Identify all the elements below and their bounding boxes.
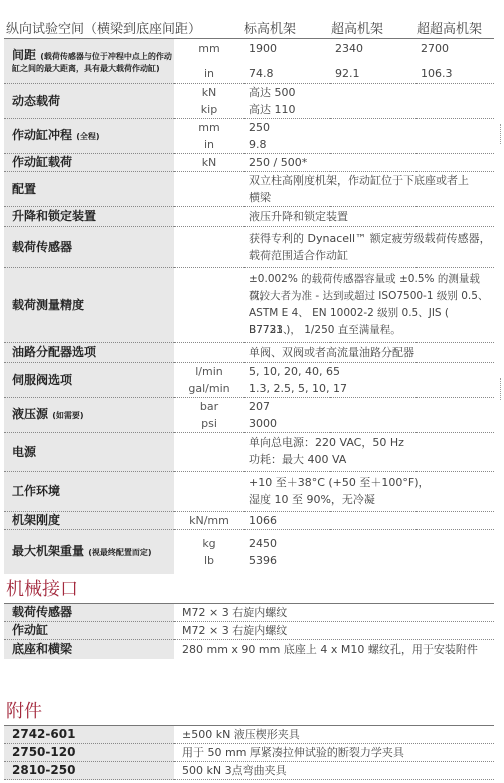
value-line: 获得专利的 Dynacell™ 额定疲劳级载荷传感器， <box>249 230 494 247</box>
row-label: 升降和锁定装置 <box>4 207 174 227</box>
accessory-description: 500 kN 3点弯曲夹具 <box>174 762 494 780</box>
row-label: 伺服阀选项 <box>4 363 174 398</box>
accessory-row: 2810-250 500 kN 3点弯曲夹具 <box>4 762 494 780</box>
spec-table-header: 纵向试验空间（横梁到底座间距） 标高机架 超高机架 超超高机架 <box>4 14 494 39</box>
value: 5, 10, 20, 40, 65 <box>249 363 494 380</box>
spec-row-actuator-load: 作动缸载荷 kN 250 / 500* <box>4 154 494 172</box>
value: 高达 500 <box>249 84 494 101</box>
spec-row-spacing: 间距 (载荷传感器与位于冲程中点上的作动缸之间的最大距离，具有最大载荷作动缸) … <box>4 39 494 84</box>
value-line: 载荷范围适合作动缸 <box>249 247 494 264</box>
value-line: 以较大者为准 - 达到或超过 ISO7500-1 级别 0.5、 <box>249 288 494 305</box>
row-label: 载荷传感器 <box>4 604 174 622</box>
unit: kg <box>174 535 244 552</box>
value: 5396 <box>249 552 494 569</box>
spec-row-frame-weight: 最大机架重量 (视最终配置而定) kg lb 2450 5396 <box>4 530 494 575</box>
section-title-mechanical: 机械接口 <box>6 575 78 601</box>
unit: kN <box>174 84 244 101</box>
value: 高达 110 <box>249 101 494 118</box>
accessory-row: 2750-120 用于 50 mm 厚紧凑拉伸试验的断裂力学夹具 <box>4 744 494 762</box>
value-line: 单向总电源：220 VAC，50 Hz <box>249 434 494 451</box>
value-line: +10 至＋38°C (+50 至＋100°F)， <box>249 474 494 491</box>
spec-row-configuration: 配置 双立柱高刚度机架，作动缸位于下底座或者上 横梁 <box>4 172 494 207</box>
part-number: 2750-120 <box>4 744 174 762</box>
row-label: 工作环境 <box>4 472 174 512</box>
scroll-marker <box>500 124 504 144</box>
row-label: 配置 <box>4 172 174 207</box>
value: 1900 <box>249 40 330 57</box>
value-line: 湿度 10 至 90%，无冷凝 <box>249 491 494 508</box>
unit: lb <box>174 552 244 569</box>
spec-row-servo-valve: 伺服阀选项 l/min gal/min 5, 10, 20, 40, 65 1.… <box>4 363 494 398</box>
value: M72 × 3 右旋内螺纹 <box>174 604 494 622</box>
unit: kip <box>174 101 244 118</box>
unit: in <box>174 136 244 153</box>
part-number: 2810-250 <box>4 762 174 780</box>
unit: kN/mm <box>174 512 244 530</box>
header-title: 纵向试验空间（横梁到底座间距） <box>6 18 201 37</box>
unit: l/min <box>174 363 244 380</box>
value: 106.3 <box>421 65 494 82</box>
unit: bar <box>174 398 244 415</box>
mechanical-row: 作动缸 M72 × 3 右旋内螺纹 <box>4 622 494 640</box>
row-label: 最大机架重量 <box>12 544 84 558</box>
row-label: 电源 <box>4 433 174 472</box>
section-title-accessories: 附件 <box>6 697 42 723</box>
row-note: (如需要) <box>52 411 83 420</box>
value: 2340 <box>335 40 416 57</box>
row-label: 作动缸 <box>4 622 174 640</box>
spec-table: 间距 (载荷传感器与位于冲程中点上的作动缸之间的最大距离，具有最大载荷作动缸) … <box>4 39 494 574</box>
scroll-marker <box>500 378 504 400</box>
value-line: 液压升降和锁定装置 <box>249 207 494 226</box>
row-label: 间距 <box>12 48 36 62</box>
value-line: 功耗：最大 400 VA <box>249 451 494 468</box>
spec-row-load-accuracy: 载荷测量精度 ±0.002% 的载荷传感器容量或 ±0.5% 的测量载荷， 以较… <box>4 268 494 343</box>
value-line: 横梁 <box>249 189 494 206</box>
value: 250 <box>249 119 494 136</box>
value: 2450 <box>249 535 494 552</box>
value-line: 双立柱高刚度机架，作动缸位于下底座或者上 <box>249 172 494 189</box>
value-line: ASTM E 4、 EN 10002-2 级别 0.5、JIS ( B7721、 <box>249 305 494 322</box>
row-label: 载荷传感器 <box>4 227 174 268</box>
value: M72 × 3 右旋内螺纹 <box>174 622 494 640</box>
row-label: 作动缸载荷 <box>4 154 174 172</box>
value: 1066 <box>244 512 494 530</box>
unit: mm <box>174 119 244 136</box>
row-note: (视最终配置而定) <box>88 548 151 557</box>
spec-row-hydraulic-supply: 液压源 (如需要) bar psi 207 3000 <box>4 398 494 433</box>
value-line: B7733 )， 1/250 直至满量程。 <box>249 322 494 339</box>
row-label: 底座和横梁 <box>4 640 174 660</box>
accessories-table: 2742-601 ±500 kN 液压楔形夹具 2750-120 用于 50 m… <box>4 726 494 780</box>
value: 250 / 500* <box>244 154 494 172</box>
spec-row-actuator-stroke: 作动缸冲程 (全程) mm in 250 9.8 <box>4 119 494 154</box>
header-col-standard: 标高机架 <box>244 18 296 37</box>
value-line: ±0.002% 的载荷传感器容量或 ±0.5% 的测量载荷， <box>249 271 494 288</box>
row-label: 液压源 <box>12 407 48 421</box>
spec-row-power: 电源 单向总电源：220 VAC，50 Hz 功耗：最大 400 VA <box>4 433 494 472</box>
spec-row-lift-lock: 升降和锁定装置 液压升降和锁定装置 <box>4 207 494 227</box>
mechanical-row: 底座和横梁 280 mm x 90 mm 底座上 4 x M10 螺纹孔，用于安… <box>4 640 494 660</box>
spec-row-environment: 工作环境 +10 至＋38°C (+50 至＋100°F)， 湿度 10 至 9… <box>4 472 494 512</box>
value: 207 <box>249 398 494 415</box>
row-note: (全程) <box>76 132 99 141</box>
header-col-extra-high: 超高机架 <box>331 18 383 37</box>
row-label: 载荷测量精度 <box>4 268 174 343</box>
unit: gal/min <box>174 380 244 397</box>
value: 1.3, 2.5, 5, 10, 17 <box>249 380 494 397</box>
unit: mm <box>174 40 244 57</box>
spec-row-dynamic-load: 动态载荷 kN kip 高达 500 高达 110 <box>4 84 494 119</box>
accessory-row: 2742-601 ±500 kN 液压楔形夹具 <box>4 726 494 744</box>
unit: psi <box>174 415 244 432</box>
row-note: (载荷传感器与位于冲程中点上的作动缸之间的最大距离，具有最大载荷作动缸) <box>12 52 172 73</box>
value: 9.8 <box>249 136 494 153</box>
value: 280 mm x 90 mm 底座上 4 x M10 螺纹孔，用于安装附件 <box>174 640 494 660</box>
value: 92.1 <box>335 65 416 82</box>
spec-row-load-cell: 载荷传感器 获得专利的 Dynacell™ 额定疲劳级载荷传感器， 载荷范围适合… <box>4 227 494 268</box>
row-label: 动态载荷 <box>4 84 174 119</box>
accessory-description: 用于 50 mm 厚紧凑拉伸试验的断裂力学夹具 <box>174 744 494 762</box>
row-label: 机架刚度 <box>4 512 174 530</box>
row-label: 作动缸冲程 <box>12 128 72 142</box>
mechanical-row: 载荷传感器 M72 × 3 右旋内螺纹 <box>4 604 494 622</box>
value: 74.8 <box>249 65 330 82</box>
part-number: 2742-601 <box>4 726 174 744</box>
row-label: 油路分配器选项 <box>4 343 174 363</box>
mechanical-table: 载荷传感器 M72 × 3 右旋内螺纹 作动缸 M72 × 3 右旋内螺纹 底座… <box>4 604 494 659</box>
spec-row-frame-stiffness: 机架刚度 kN/mm 1066 <box>4 512 494 530</box>
header-col-extra-extra-high: 超超高机架 <box>417 18 482 37</box>
spec-row-manifold: 油路分配器选项 单阀、双阀或者高流量油路分配器 <box>4 343 494 363</box>
unit: in <box>174 65 244 82</box>
value: 3000 <box>249 415 494 432</box>
value-line: 单阀、双阀或者高流量油路分配器 <box>249 343 494 362</box>
value: 2700 <box>421 40 494 57</box>
accessory-description: ±500 kN 液压楔形夹具 <box>174 726 494 744</box>
unit: kN <box>174 154 244 172</box>
